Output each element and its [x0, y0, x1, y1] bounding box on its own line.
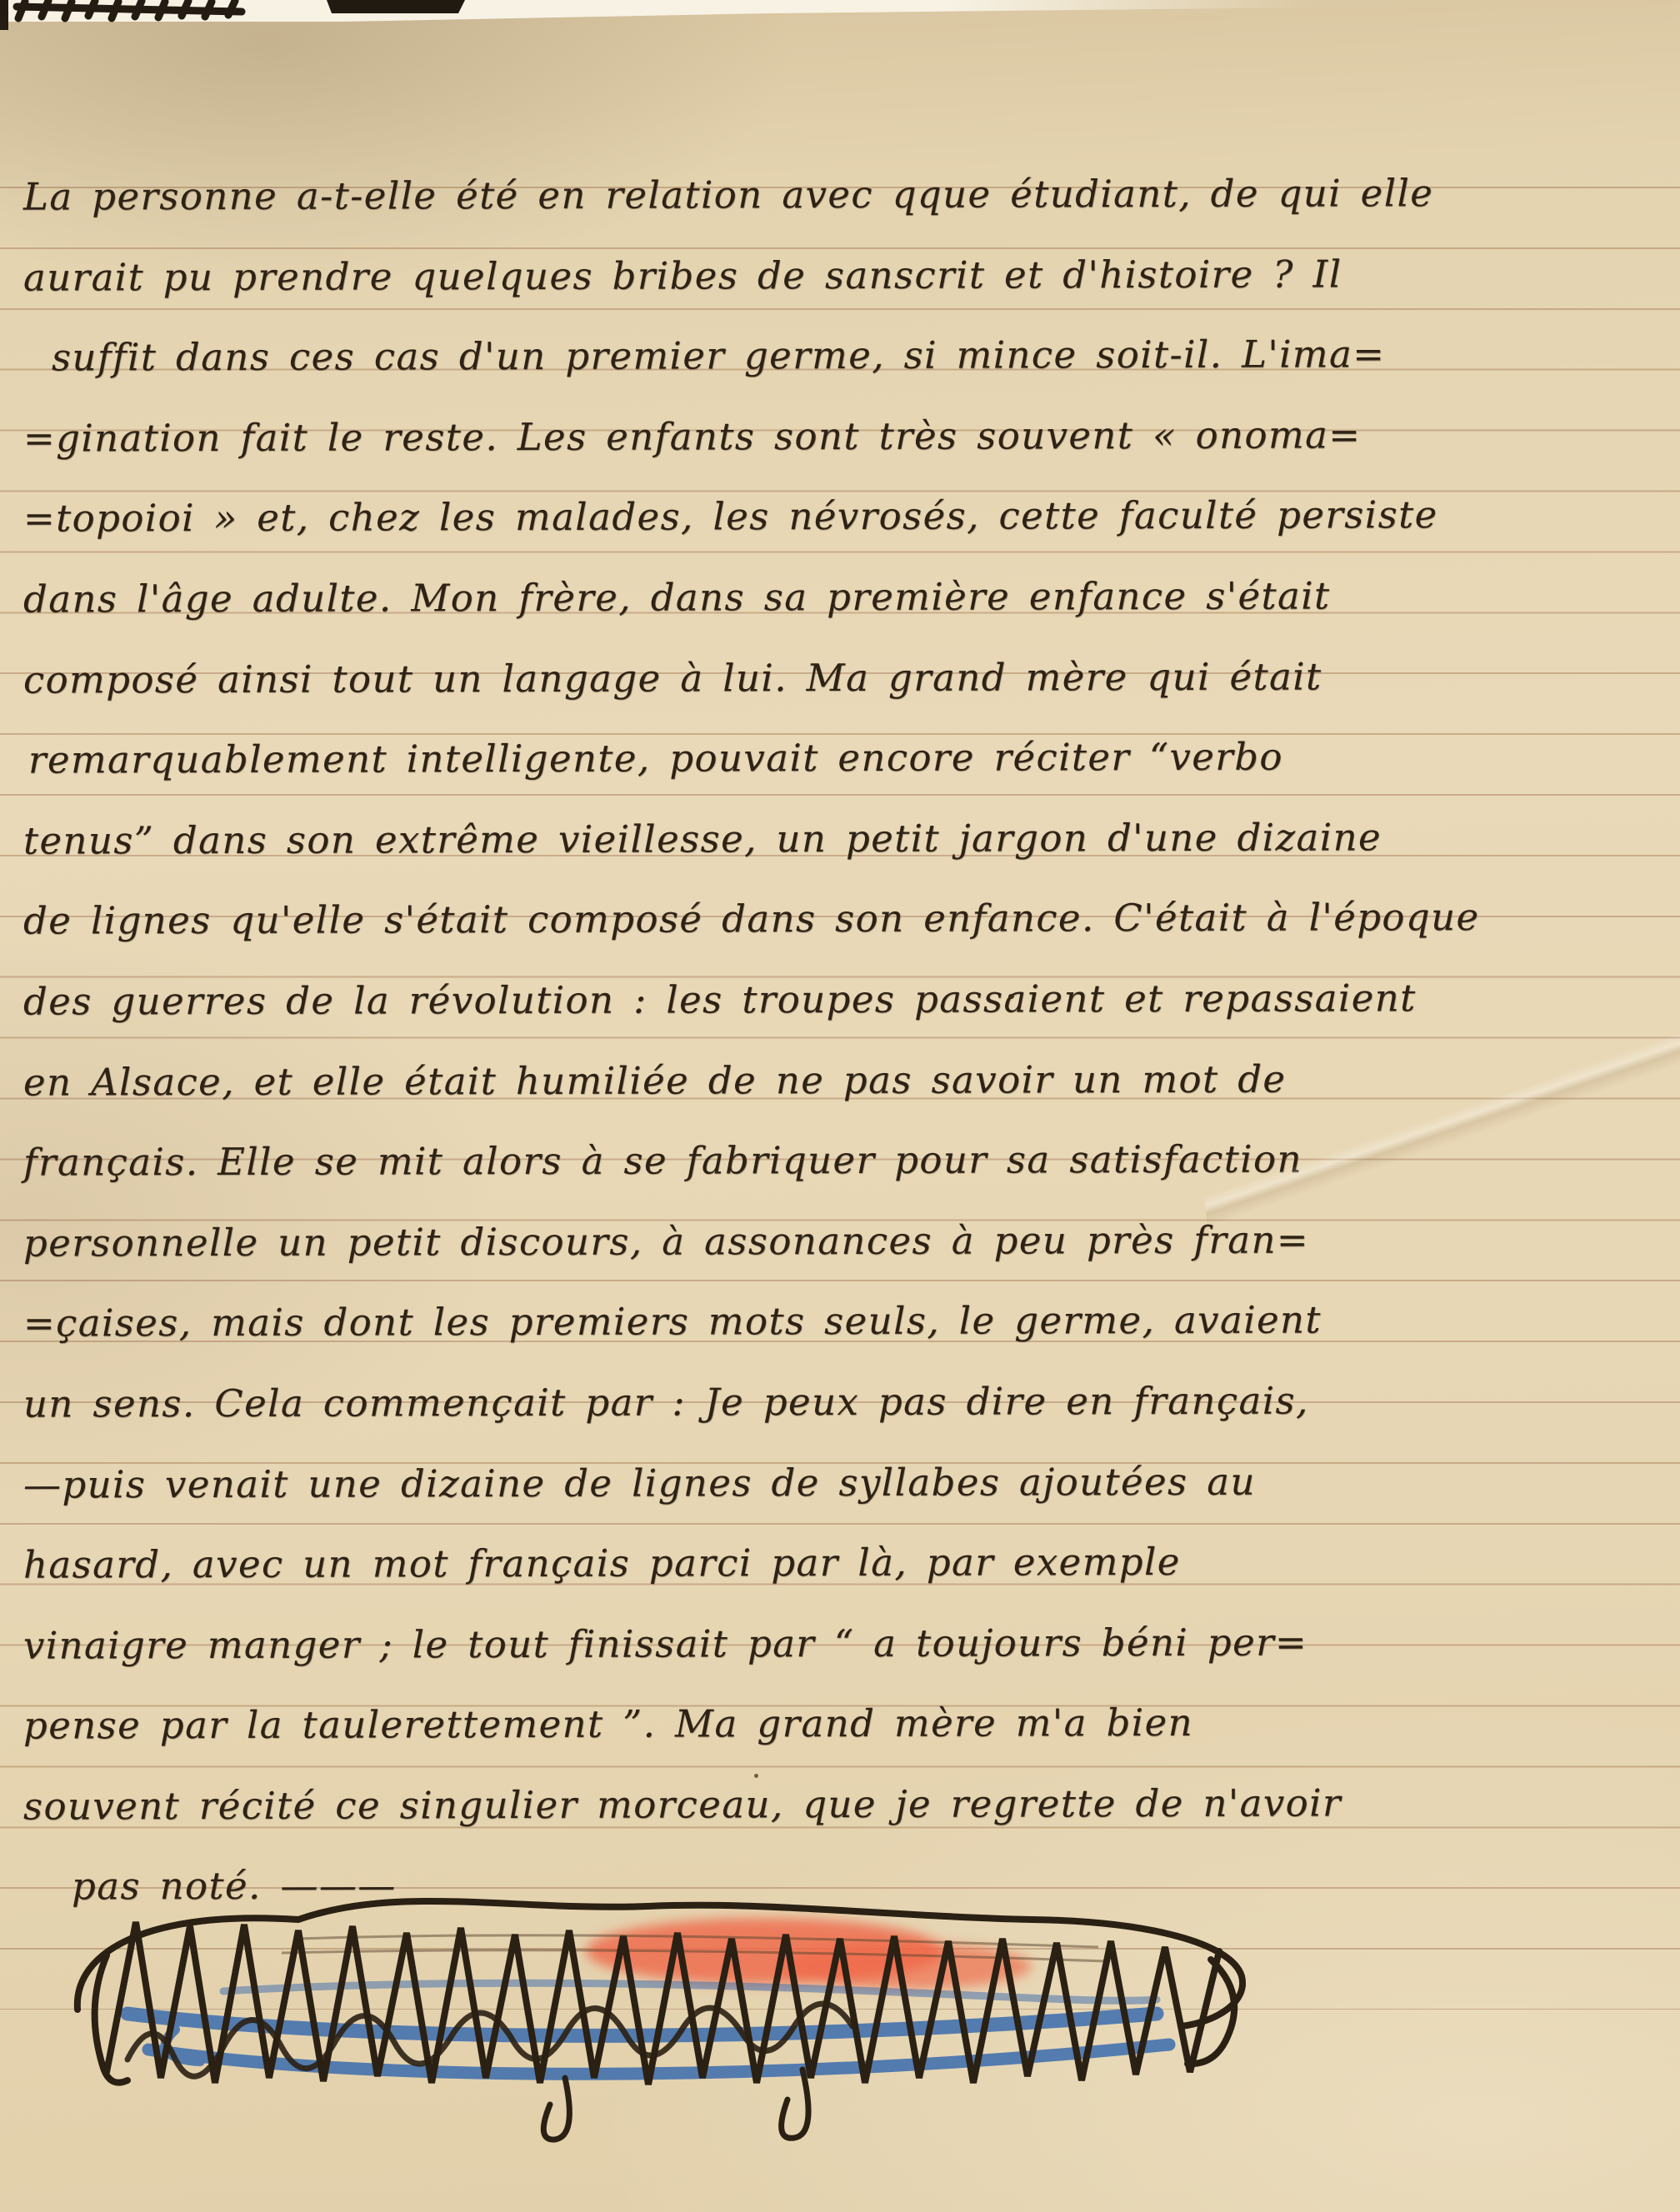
cut-off-handwriting-fragment	[0, 0, 583, 25]
crossed-out-scribble	[48, 1860, 1298, 2143]
manuscript-line: dans l'âge adulte. Mon frère, dans sa pr…	[23, 555, 1667, 640]
manuscript-line: pense par la taulerettement ”. Ma grand …	[23, 1682, 1667, 1767]
manuscript-line: composé ainsi tout un langage à lui. Ma …	[23, 636, 1667, 721]
manuscript-line: —puis venait une dizaine de lignes de sy…	[23, 1441, 1667, 1525]
manuscript-line: hasard, avec un mot français parci par l…	[23, 1521, 1667, 1606]
manuscript-line: suffit dans ces cas d'un premier germe, …	[23, 314, 1667, 399]
manuscript-line: un sens. Cela commençait par : Je peux p…	[23, 1360, 1667, 1445]
ink-speck	[754, 1774, 758, 1778]
cut-off-ink-block	[327, 0, 465, 13]
manuscript-line: français. Elle se mit alors à se fabriqu…	[23, 1119, 1667, 1204]
manuscript-line: personnelle un petit discours, à assonan…	[23, 1199, 1667, 1284]
manuscript-line: vinaigre manger ; le tout finissait par …	[23, 1601, 1667, 1686]
manuscript-line: souvent récité ce singulier morceau, que…	[23, 1762, 1667, 1847]
manuscript-line: des guerres de la révolution : les troup…	[23, 957, 1667, 1042]
manuscript-line: La personne a-t-elle été en relation ave…	[23, 152, 1667, 237]
manuscript-line: =çaises, mais dont les premiers mots seu…	[23, 1280, 1667, 1365]
manuscript-line: tenus” dans son extrême vieillesse, un p…	[23, 796, 1667, 881]
ink-speck	[1008, 994, 1014, 999]
manuscript-line: de lignes qu'elle s'était composé dans s…	[23, 877, 1667, 962]
manuscript-line: remarquablement intelligente, pouvait en…	[23, 717, 1667, 801]
manuscript-page: La personne a-t-elle été en relation ave…	[0, 0, 1680, 2212]
manuscript-line: =gination fait le reste. Les enfants son…	[23, 394, 1667, 479]
manuscript-line: =topoioi » et, chez les malades, les név…	[23, 475, 1667, 560]
manuscript-line: en Alsace, et elle était humiliée de ne …	[23, 1038, 1667, 1123]
manuscript-line: aurait pu prendre quelques bribes de san…	[23, 233, 1667, 318]
manuscript-text: La personne a-t-elle été en relation ave…	[23, 155, 1667, 1925]
